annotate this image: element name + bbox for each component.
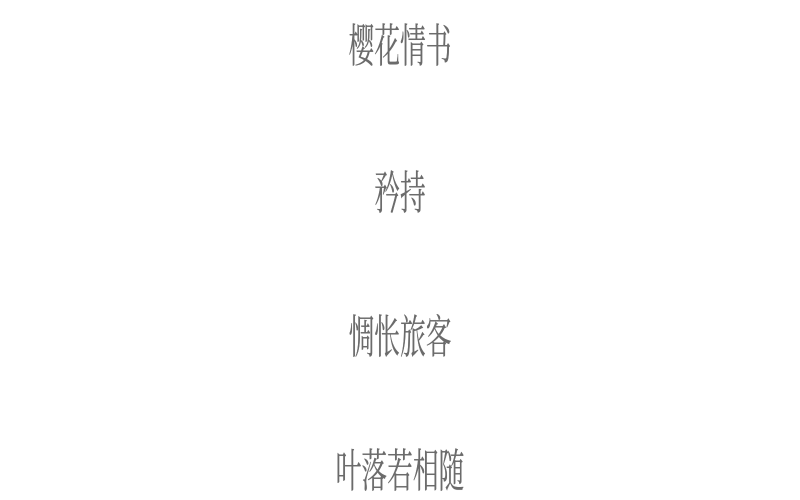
- list-item-option-4[interactable]: 叶落若相随: [176, 448, 624, 494]
- list-item-option-3[interactable]: 惆怅旅客: [176, 314, 624, 360]
- page: 樱花情书 矜持 惆怅旅客 叶落若相随: [0, 0, 800, 500]
- list-item-option-1[interactable]: 樱花情书: [176, 23, 624, 69]
- list-item-option-2[interactable]: 矜持: [176, 170, 624, 216]
